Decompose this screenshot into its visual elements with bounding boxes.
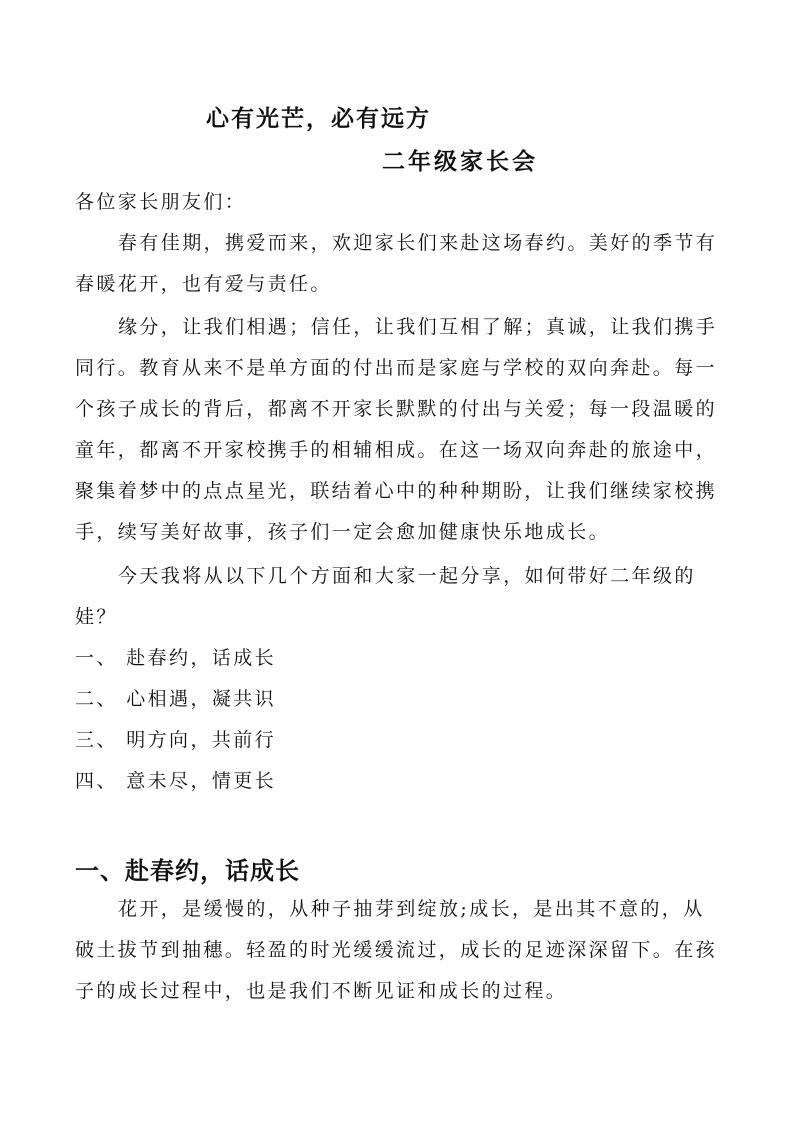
outline-item: 三、 明方向，共前行 — [75, 728, 735, 752]
paragraph-line: 春有佳期，携爱而来，欢迎家长们来赴这场春约。美好的季节有 — [118, 231, 778, 255]
paragraph-line: 子的成长过程中，也是我们不断见证和成长的过程。 — [75, 979, 735, 1003]
paragraph-line: 童年，都离不开家校携手的相辅相成。在这一场双向奔赴的旅途中， — [75, 438, 735, 462]
paragraph-line: 同行。教育从来不是单方面的付出而是家庭与学校的双向奔赴。每一 — [75, 356, 735, 380]
paragraph-line: 花开，是缓慢的，从种子抽芽到绽放;成长，是出其不意的，从 — [118, 897, 778, 921]
document-page: 心有光芒，必有远方 二年级家长会 各位家长朋友们： 春有佳期，携爱而来，欢迎家长… — [0, 0, 793, 1122]
section-heading: 一、赴春约，话成长 — [75, 851, 300, 886]
paragraph-line: 破土拔节到抽穗。轻盈的时光缓缓流过，成长的足迹深深留下。在孩 — [75, 938, 735, 962]
paragraph-line: 聚集着梦中的点点星光，联结着心中的种种期盼，让我们继续家校携 — [75, 479, 735, 503]
paragraph-line: 个孩子成长的背后，都离不开家长默默的付出与关爱；每一段温暖的 — [75, 397, 735, 421]
document-subtitle: 二年级家长会 — [382, 143, 538, 176]
paragraph-line: 春暖花开，也有爱与责任。 — [75, 272, 735, 296]
paragraph-line: 手，续写美好故事，孩子们一定会愈加健康快乐地成长。 — [75, 520, 735, 544]
paragraph-line: 娃？ — [75, 605, 735, 629]
outline-item: 一、 赴春约，话成长 — [75, 646, 735, 670]
outline-item: 四、 意未尽，情更长 — [75, 769, 735, 793]
document-title: 心有光芒，必有远方 — [206, 100, 431, 133]
paragraph-line: 缘分，让我们相遇；信任，让我们互相了解；真诚，让我们携手 — [118, 315, 778, 339]
outline-item: 二、 心相遇，凝共识 — [75, 687, 735, 711]
paragraph-line: 今天我将从以下几个方面和大家一起分享，如何带好二年级的 — [118, 564, 778, 588]
greeting: 各位家长朋友们： — [75, 190, 735, 214]
